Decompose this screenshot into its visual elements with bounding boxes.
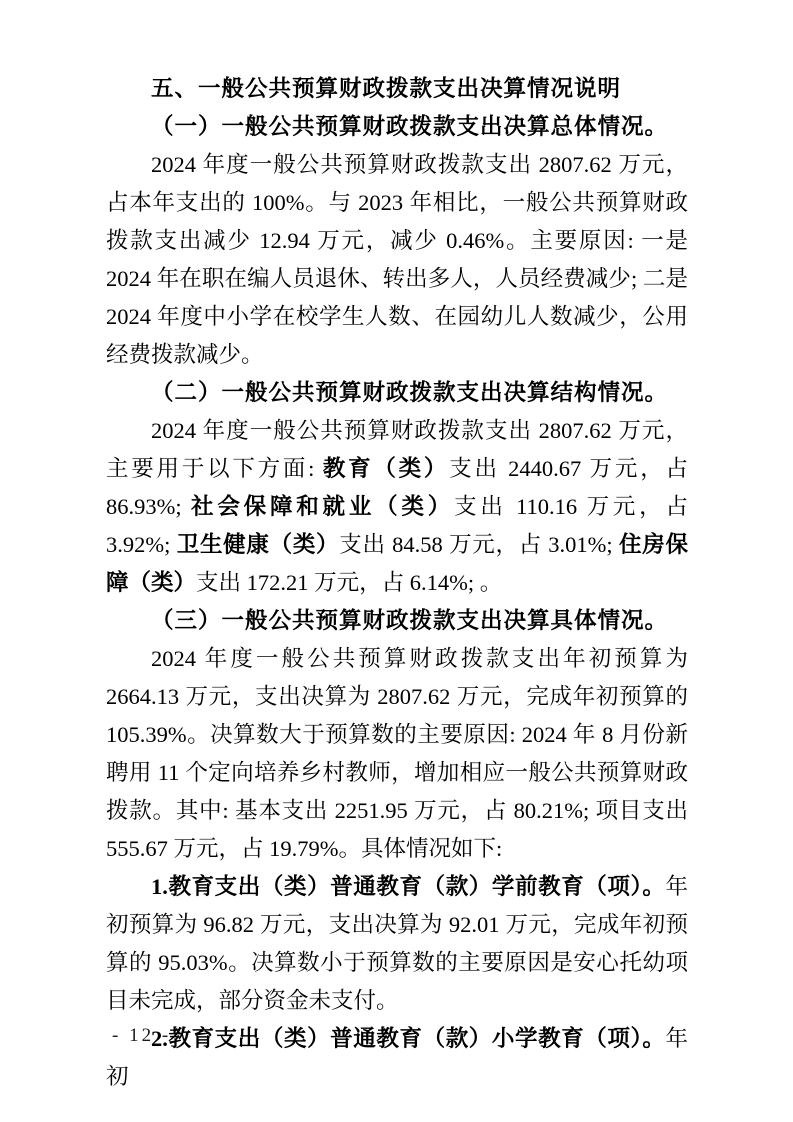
list-item-2-lead: 2.教育支出（类）普通教育（款）小学教育（项）。 [151,1026,665,1051]
document-body: 五、一般公共预算财政拨款支出决算情况说明 （一）一般公共预算财政拨款支出决算总体… [106,70,688,1096]
subsection-2-heading: （二）一般公共预算财政拨款支出决算结构情况。 [106,374,688,412]
page-number: - 12 - [112,1024,171,1048]
bold-category-social-security: 社会保障和就业（类） [191,494,454,519]
subsection-3-paragraph: 2024 年度一般公共预算财政拨款支出年初预算为 2664.13 万元，支出决算… [106,640,688,868]
bold-category-health: 卫生健康（类） [177,532,340,557]
subsection-1-paragraph: 2024 年度一般公共预算财政拨款支出 2807.62 万元，占本年支出的 10… [106,146,688,374]
list-item-2: 2.教育支出（类）普通教育（款）小学教育（项）。年初 [106,1020,688,1096]
section-heading-main: 五、一般公共预算财政拨款支出决算情况说明 [106,70,688,108]
list-item-1-lead: 1.教育支出（类）普通教育（款）学前教育（项）。 [151,874,665,899]
subsection-2-paragraph: 2024 年度一般公共预算财政拨款支出 2807.62 万元，主要用于以下方面:… [106,412,688,602]
text-run: 支出 172.21 万元，占 6.14%; 。 [196,570,502,595]
subsection-1-heading: （一）一般公共预算财政拨款支出决算总体情况。 [106,108,688,146]
subsection-3-heading: （三）一般公共预算财政拨款支出决算具体情况。 [106,602,688,640]
bold-category-education: 教育（类） [323,456,449,481]
text-run: 支出 84.58 万元，占 3.01%; [339,532,619,557]
list-item-1: 1.教育支出（类）普通教育（款）学前教育（项）。年初预算为 96.82 万元，支… [106,868,688,1020]
document-page: 五、一般公共预算财政拨款支出决算情况说明 （一）一般公共预算财政拨款支出决算总体… [0,0,793,1122]
